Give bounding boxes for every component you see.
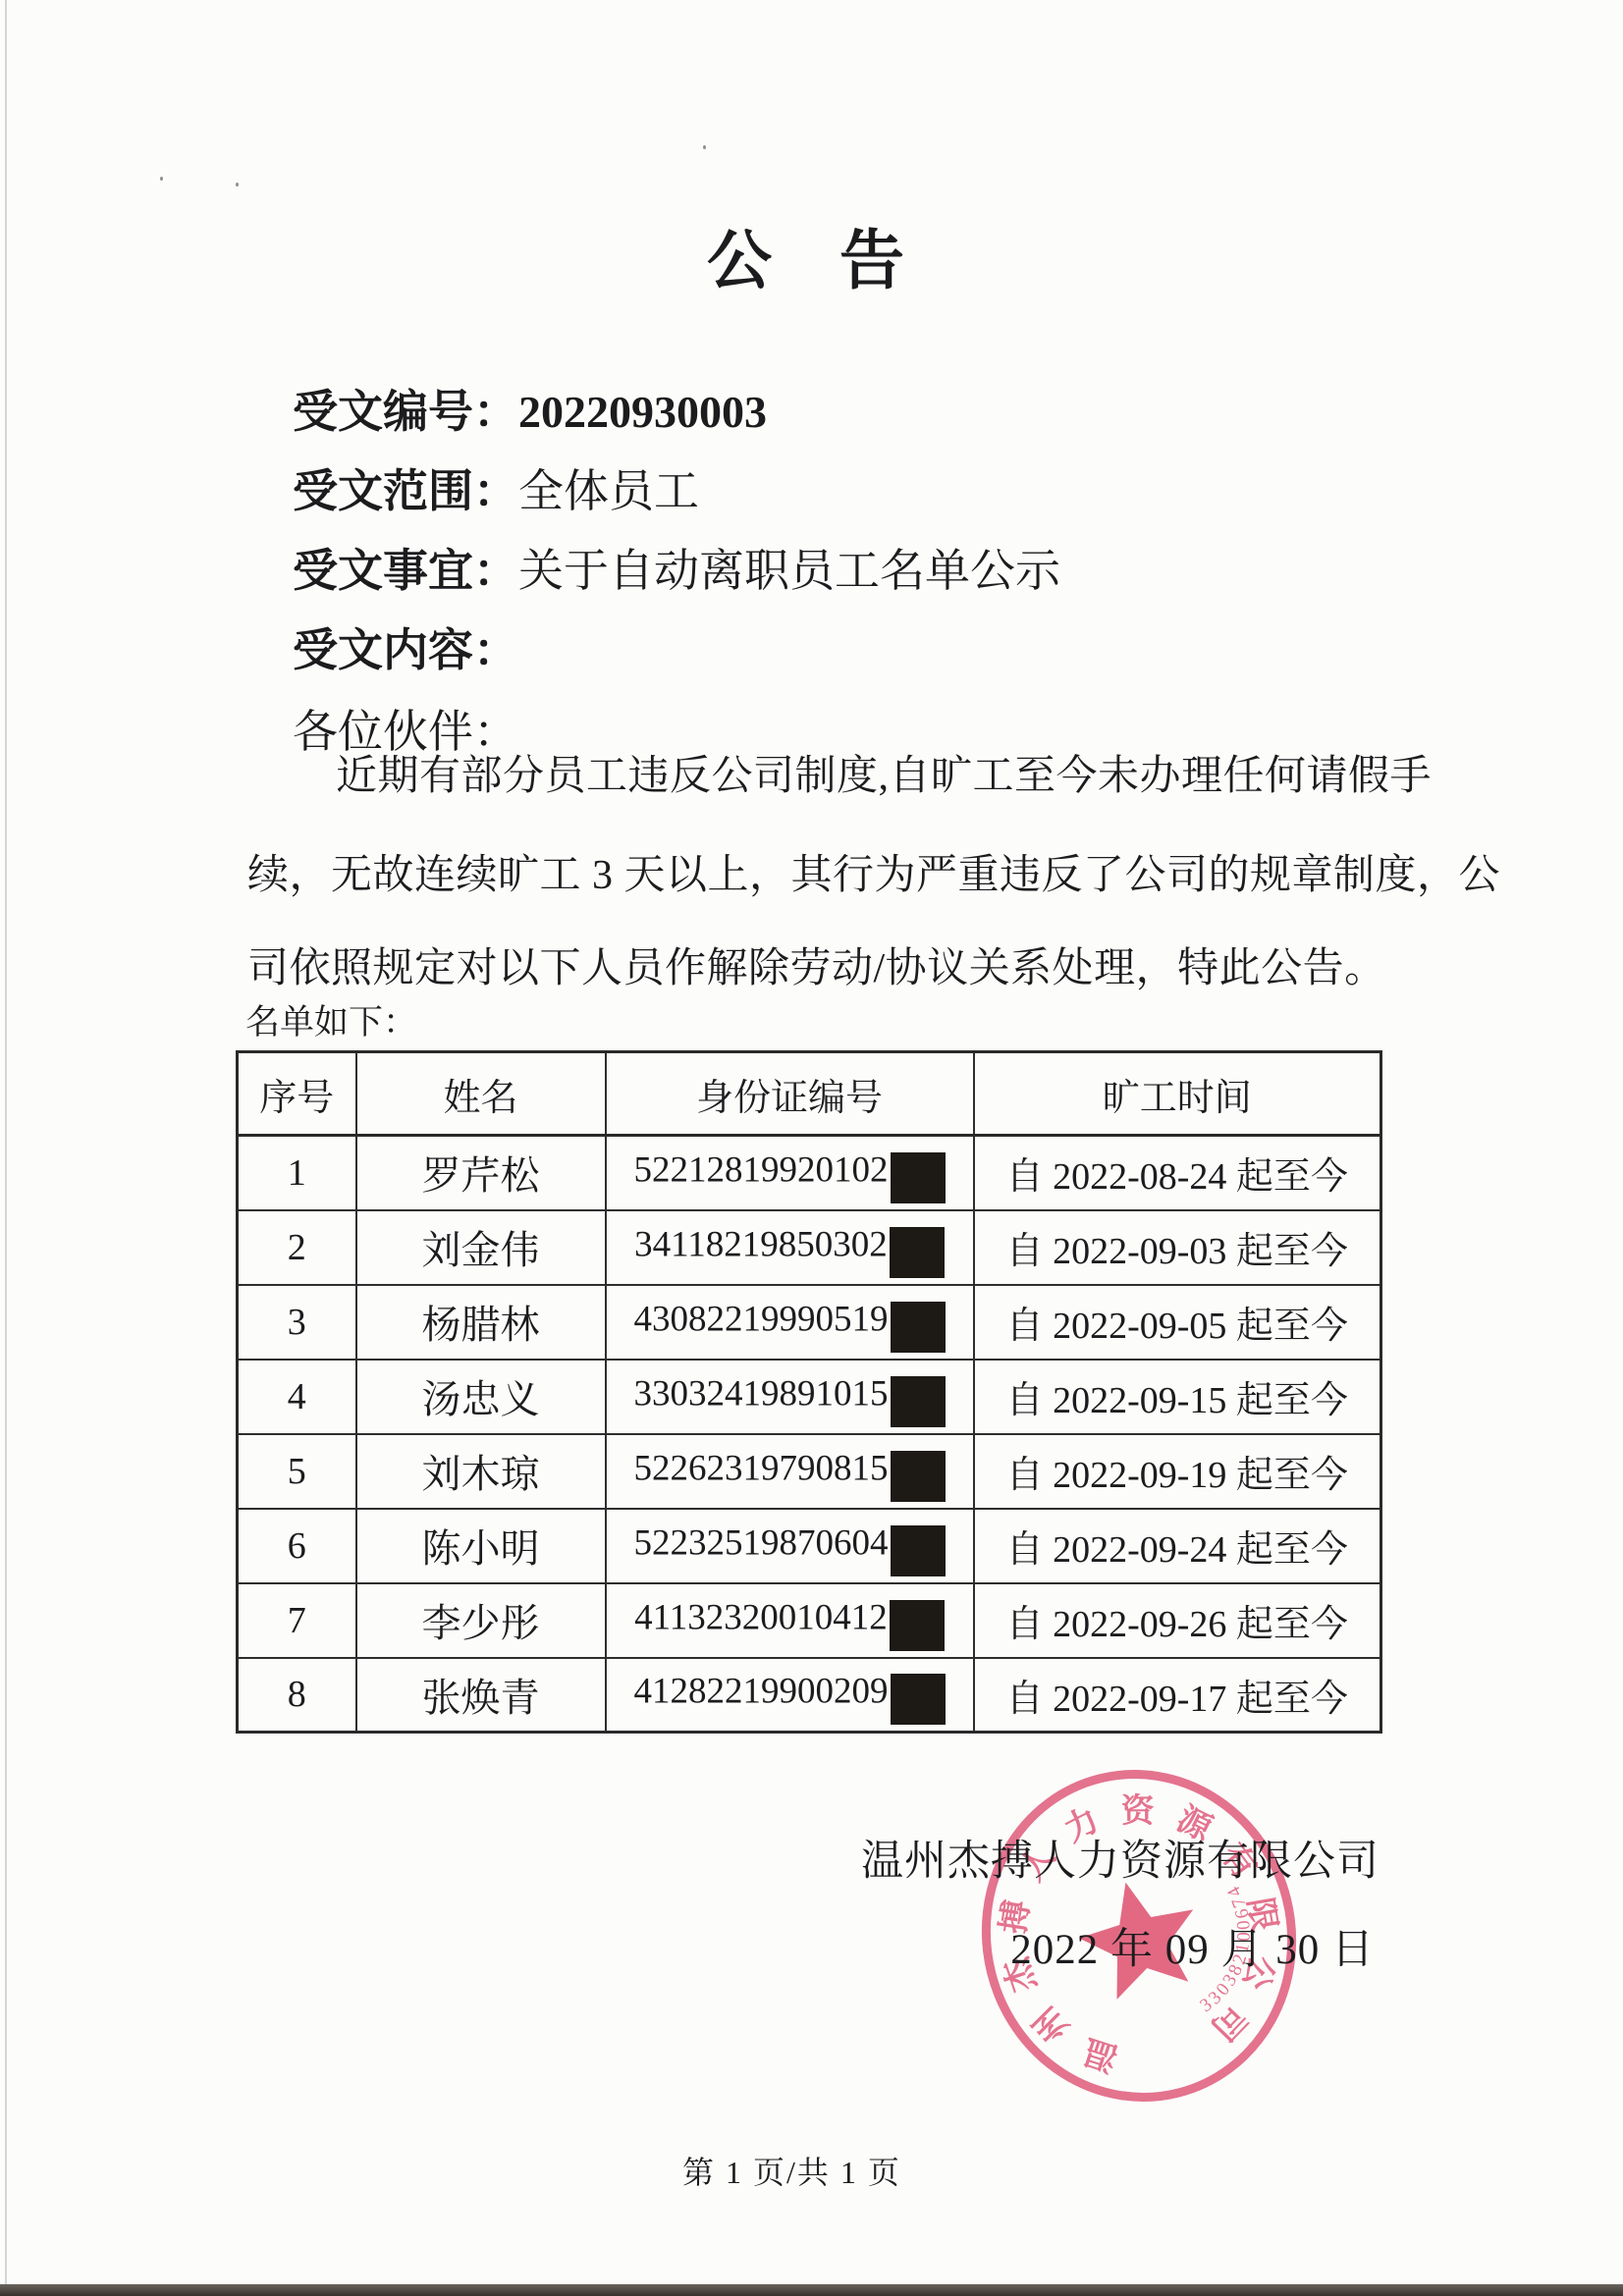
cell-name: 张焕青 xyxy=(356,1658,606,1733)
redaction-block xyxy=(891,1525,946,1576)
body-line-3: 司依照规定对以下人员作解除劳动/协议关系处理，特此公告。 xyxy=(247,935,1386,994)
id-number-text: 43082219990519 xyxy=(634,1299,889,1339)
cell-no: 2 xyxy=(238,1210,356,1285)
table-row: 5刘木琼52262319790815自 2022-09-19 起至今 xyxy=(238,1434,1381,1509)
cell-name: 刘金伟 xyxy=(356,1210,606,1285)
id-number-text: 52232519870604 xyxy=(634,1522,889,1563)
cell-absence: 自 2022-09-15 起至今 xyxy=(974,1360,1381,1434)
cell-id: 34118219850302 xyxy=(606,1210,974,1285)
cell-id: 43082219990519 xyxy=(606,1285,974,1360)
cell-name: 陈小明 xyxy=(356,1509,606,1583)
cell-absence: 自 2022-09-26 起至今 xyxy=(974,1583,1381,1658)
id-number-text: 52212819920102 xyxy=(634,1149,889,1190)
col-header-name: 姓名 xyxy=(356,1052,606,1136)
scan-edge-bottom xyxy=(0,2284,1623,2296)
cell-id: 52232519870604 xyxy=(606,1509,974,1583)
page-number-footer: 第 1 页/共 1 页 xyxy=(682,2148,901,2193)
col-header-no: 序号 xyxy=(238,1052,356,1136)
table-row: 3杨腊林43082219990519自 2022-09-05 起至今 xyxy=(238,1285,1381,1360)
cell-absence: 自 2022-09-17 起至今 xyxy=(974,1658,1381,1733)
svg-text:温: 温 xyxy=(1079,2031,1122,2077)
cell-no: 6 xyxy=(238,1509,356,1583)
table-row: 1罗芹松52212819920102自 2022-08-24 起至今 xyxy=(238,1136,1381,1210)
svg-text:州: 州 xyxy=(1027,1999,1076,2048)
cell-id: 52262319790815 xyxy=(606,1434,974,1509)
scanned-announcement-page: 公 告 受文编号：20220930003 受文范围：全体员工 受文事宜：关于自动… xyxy=(0,0,1623,2296)
body-line-1: 近期有部分员工违反公司制度,自旷工至今未办理任何请假手 xyxy=(336,743,1432,802)
redaction-block xyxy=(891,1302,946,1353)
redaction-block xyxy=(891,1451,946,1502)
list-intro: 名单如下： xyxy=(245,995,417,1044)
cell-name: 罗芹松 xyxy=(356,1136,606,1210)
redaction-block xyxy=(890,1600,945,1651)
cell-name: 刘木琼 xyxy=(356,1434,606,1509)
cell-absence: 自 2022-08-24 起至今 xyxy=(974,1136,1381,1210)
dust-speck xyxy=(160,177,163,181)
scan-edge-left xyxy=(5,0,7,2296)
table-row: 8张焕青41282219900209自 2022-09-17 起至今 xyxy=(238,1658,1381,1733)
table-row: 4汤忠义33032419891015自 2022-09-15 起至今 xyxy=(238,1360,1381,1434)
id-number-text: 41282219900209 xyxy=(634,1672,889,1712)
table-row: 7李少彤41132320010412自 2022-09-26 起至今 xyxy=(238,1583,1381,1658)
redaction-block xyxy=(891,1376,946,1427)
body-line-2: 续，无故连续旷工 3 天以上，其行为严重违反了公司的规章制度，公 xyxy=(247,842,1500,901)
cell-id: 41132320010412 xyxy=(606,1583,974,1658)
cell-no: 1 xyxy=(238,1136,356,1210)
page-title: 公 告 xyxy=(0,208,1623,301)
cell-name: 李少彤 xyxy=(356,1583,606,1658)
cell-name: 汤忠义 xyxy=(356,1360,606,1434)
dust-speck xyxy=(703,145,706,149)
id-number-text: 41132320010412 xyxy=(634,1597,888,1637)
table-row: 2刘金伟34118219850302自 2022-09-03 起至今 xyxy=(238,1210,1381,1285)
redaction-block xyxy=(890,1227,945,1278)
redaction-block xyxy=(891,1674,946,1725)
cell-no: 5 xyxy=(238,1434,356,1509)
redaction-block xyxy=(891,1152,946,1203)
table-header-row: 序号 姓名 身份证编号 旷工时间 xyxy=(238,1052,1381,1136)
cell-name: 杨腊林 xyxy=(356,1285,606,1360)
absence-roster-table: 序号 姓名 身份证编号 旷工时间 1罗芹松52212819920102自 202… xyxy=(236,1050,1382,1734)
cell-no: 3 xyxy=(238,1285,356,1360)
cell-absence: 自 2022-09-24 起至今 xyxy=(974,1509,1381,1583)
table-row: 6陈小明52232519870604自 2022-09-24 起至今 xyxy=(238,1509,1381,1583)
svg-text:资: 资 xyxy=(1121,1792,1156,1830)
subject-value: 关于自动离职员工名单公示 xyxy=(518,546,1060,596)
cell-no: 4 xyxy=(238,1360,356,1434)
cell-id: 41282219900209 xyxy=(606,1658,974,1733)
col-header-absence: 旷工时间 xyxy=(974,1052,1381,1136)
id-number-text: 34118219850302 xyxy=(634,1224,888,1264)
cell-no: 8 xyxy=(238,1658,356,1733)
cell-absence: 自 2022-09-19 起至今 xyxy=(974,1434,1381,1509)
cell-absence: 自 2022-09-03 起至今 xyxy=(974,1210,1381,1285)
id-number-text: 33032419891015 xyxy=(634,1373,889,1414)
id-number-text: 52262319790815 xyxy=(634,1448,889,1488)
cell-no: 7 xyxy=(238,1583,356,1658)
signature-company: 温州杰搏人力资源有限公司 xyxy=(861,1828,1380,1888)
cell-id: 52212819920102 xyxy=(606,1136,974,1210)
cell-absence: 自 2022-09-05 起至今 xyxy=(974,1285,1381,1360)
signature-date: 2022 年 09 月 30 日 xyxy=(1010,1916,1375,1976)
cell-id: 33032419891015 xyxy=(606,1360,974,1434)
dust-speck xyxy=(236,183,239,187)
col-header-id: 身份证编号 xyxy=(606,1052,974,1136)
